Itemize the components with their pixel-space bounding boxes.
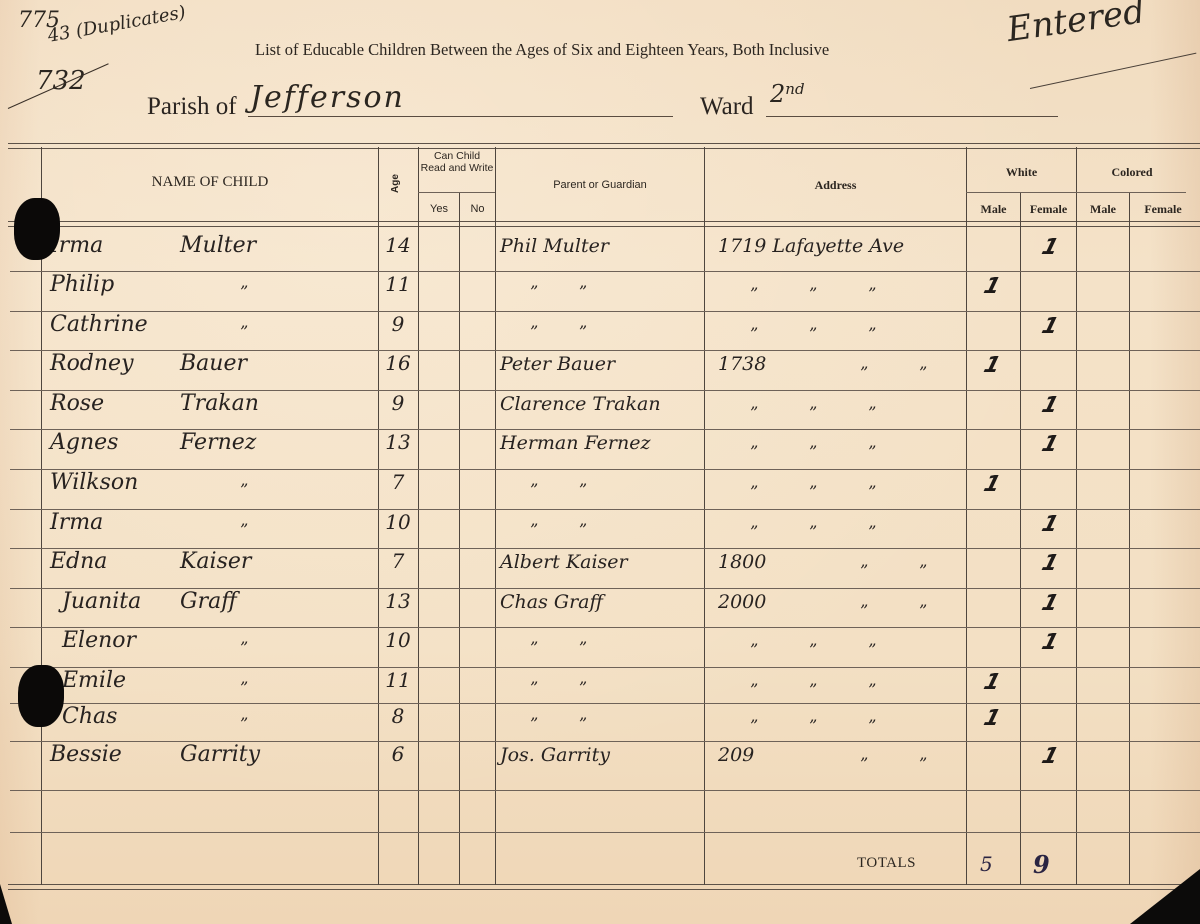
address-ditto: ” ” xyxy=(860,601,927,620)
parish-field-line xyxy=(248,116,673,117)
child-last-name: Multer xyxy=(180,233,256,258)
white-male-tally: 1 xyxy=(978,670,1005,695)
column-divider xyxy=(495,147,496,885)
address: 1719 Lafayette Ave xyxy=(718,235,904,257)
child-last-name: Fernez xyxy=(180,430,256,455)
parent-guardian: ” ” xyxy=(530,678,587,697)
column-header-parent: Parent or Guardian xyxy=(496,179,704,191)
table-bottom-rule xyxy=(8,884,1200,890)
child-last-name: Trakan xyxy=(180,391,259,416)
parent-guardian: Clarence Trakan xyxy=(500,393,661,415)
address: ” ” ” xyxy=(750,640,876,659)
column-header-no: No xyxy=(460,203,495,215)
child-last-name: ” xyxy=(240,480,248,499)
child-age: 10 xyxy=(378,510,418,534)
parent-guardian: ” ” xyxy=(530,714,587,733)
address: ” ” ” xyxy=(750,716,876,735)
white-female-tally: 1 xyxy=(1036,551,1063,576)
address: ” ” ” xyxy=(750,442,876,461)
child-last-name: Kaiser xyxy=(180,549,251,574)
child-first-name: Philip xyxy=(50,272,114,297)
address: 1738 xyxy=(718,353,766,375)
child-age: 6 xyxy=(378,742,418,766)
column-header-white-male: Male xyxy=(967,202,1020,217)
white-female-tally: 1 xyxy=(1036,314,1063,339)
column-header-yes: Yes xyxy=(419,203,459,215)
row-rule xyxy=(10,469,1200,470)
white-male-tally: 1 xyxy=(978,706,1005,731)
ward-field-line xyxy=(766,116,1058,117)
tally-line-2: 43 (Duplicates) xyxy=(46,2,187,48)
child-age: 13 xyxy=(378,589,418,613)
row-rule xyxy=(10,790,1200,791)
row-rule xyxy=(10,509,1200,510)
ward-field-value: 2nd xyxy=(770,80,805,108)
child-last-name: Garrity xyxy=(180,742,260,767)
child-age: 16 xyxy=(378,351,418,375)
column-divider xyxy=(418,147,419,885)
form-title: List of Educable Children Between the Ag… xyxy=(255,40,829,60)
parent-guardian: Herman Fernez xyxy=(500,432,650,454)
child-age: 14 xyxy=(378,233,418,257)
child-first-name: Chas xyxy=(62,704,117,729)
column-header-name: NAME OF CHILD xyxy=(42,174,378,191)
column-header-white-female: Female xyxy=(1021,202,1076,217)
white-female-tally: 1 xyxy=(1036,591,1063,616)
child-age: 10 xyxy=(378,628,418,652)
subheader-rule xyxy=(418,192,495,193)
child-age: 8 xyxy=(378,704,418,728)
child-first-name: Juanita xyxy=(62,589,141,614)
child-first-name: Wilkson xyxy=(50,470,138,495)
white-female-tally: 1 xyxy=(1036,744,1063,769)
white-male-tally: 1 xyxy=(978,472,1005,497)
totals-label: TOTALS xyxy=(857,855,916,872)
child-age: 7 xyxy=(378,549,418,573)
column-divider xyxy=(1020,193,1021,885)
column-header-colored: Colored xyxy=(1077,165,1187,180)
parent-guardian: ” ” xyxy=(530,520,587,539)
child-first-name: Emile xyxy=(62,668,126,693)
address-ditto: ” ” xyxy=(860,363,927,382)
address: 1800 xyxy=(718,551,766,573)
parish-field-value: Jefferson xyxy=(250,80,405,115)
child-last-name: ” xyxy=(240,322,248,341)
address-ditto: ” ” xyxy=(860,754,927,773)
child-first-name: Edna xyxy=(50,549,107,574)
child-age: 11 xyxy=(378,668,418,692)
child-age: 9 xyxy=(378,391,418,415)
ward-suffix: nd xyxy=(785,80,804,98)
total-white-male: 5 xyxy=(980,852,993,876)
address: 2000 xyxy=(718,591,766,613)
column-divider xyxy=(966,147,967,885)
torn-corner-left xyxy=(0,884,12,924)
row-rule xyxy=(10,832,1200,833)
address: ” ” ” xyxy=(750,284,876,303)
ward-number: 2 xyxy=(770,80,785,108)
child-age: 7 xyxy=(378,470,418,494)
punch-hole xyxy=(14,198,60,260)
white-female-tally: 1 xyxy=(1036,235,1063,260)
column-header-white: White xyxy=(967,165,1076,180)
row-rule xyxy=(10,703,1200,704)
child-first-name: Bessie xyxy=(50,742,122,767)
punch-hole xyxy=(18,665,64,727)
column-header-read-write: Can Child Read and Write xyxy=(420,150,494,174)
child-first-name: Irma xyxy=(50,510,103,535)
white-female-tally: 1 xyxy=(1036,630,1063,655)
corner-tally-note: 775 43 (Duplicates) 732 xyxy=(14,10,188,92)
parent-guardian: ” ” xyxy=(530,282,587,301)
child-first-name: Agnes xyxy=(50,430,118,455)
column-divider xyxy=(459,193,460,885)
child-last-name: ” xyxy=(240,714,248,733)
address: 209 xyxy=(718,744,754,766)
address: ” ” ” xyxy=(750,522,876,541)
address: ” ” ” xyxy=(750,680,876,699)
column-divider xyxy=(704,147,705,885)
child-last-name: ” xyxy=(240,520,248,539)
child-last-name: ” xyxy=(240,638,248,657)
child-age: 13 xyxy=(378,430,418,454)
child-last-name: ” xyxy=(240,678,248,697)
white-female-tally: 1 xyxy=(1036,432,1063,457)
column-header-colored-male: Male xyxy=(1077,202,1129,217)
child-last-name: Graff xyxy=(180,589,237,614)
child-age: 11 xyxy=(378,272,418,296)
child-first-name: Rodney xyxy=(50,351,134,376)
row-rule xyxy=(10,311,1200,312)
child-first-name: Cathrine xyxy=(50,312,148,337)
child-age: 9 xyxy=(378,312,418,336)
parent-guardian: Albert Kaiser xyxy=(500,551,628,573)
parish-label: Parish of xyxy=(147,93,237,121)
torn-corner xyxy=(1130,869,1200,924)
white-female-tally: 1 xyxy=(1036,512,1063,537)
parent-guardian: Chas Graff xyxy=(500,591,603,613)
white-male-tally: 1 xyxy=(978,274,1005,299)
child-first-name: Elenor xyxy=(62,628,136,653)
column-header-colored-female: Female xyxy=(1130,202,1196,217)
entered-stamp-note: Entered xyxy=(1004,0,1147,50)
parent-guardian: ” ” xyxy=(530,638,587,657)
address: ” ” ” xyxy=(750,324,876,343)
row-rule xyxy=(10,667,1200,668)
address: ” ” ” xyxy=(750,482,876,501)
row-rule xyxy=(10,627,1200,628)
address: ” ” ” xyxy=(750,403,876,422)
column-header-age: Age xyxy=(390,174,401,193)
white-female-tally: 1 xyxy=(1036,393,1063,418)
ward-label: Ward xyxy=(700,93,754,121)
tally-line-3: 732 xyxy=(36,70,188,92)
white-male-tally: 1 xyxy=(978,353,1005,378)
header-bottom-rule xyxy=(8,221,1200,227)
parent-guardian: ” ” xyxy=(530,322,587,341)
total-white-female: 9 xyxy=(1033,850,1050,879)
subheader-rule xyxy=(966,192,1186,193)
child-last-name: Bauer xyxy=(180,351,247,376)
entered-underline xyxy=(1030,53,1196,89)
table-top-rule xyxy=(8,143,1200,149)
column-divider xyxy=(1129,193,1130,885)
parent-guardian: ” ” xyxy=(530,480,587,499)
column-header-address: Address xyxy=(705,178,966,193)
address-ditto: ” ” xyxy=(860,561,927,580)
column-divider xyxy=(1076,147,1077,885)
child-last-name: ” xyxy=(240,282,248,301)
row-rule xyxy=(10,271,1200,272)
parent-guardian: Phil Multer xyxy=(500,235,609,257)
parent-guardian: Peter Bauer xyxy=(500,353,615,375)
child-first-name: Rose xyxy=(50,391,104,416)
parent-guardian: Jos. Garrity xyxy=(500,744,610,766)
